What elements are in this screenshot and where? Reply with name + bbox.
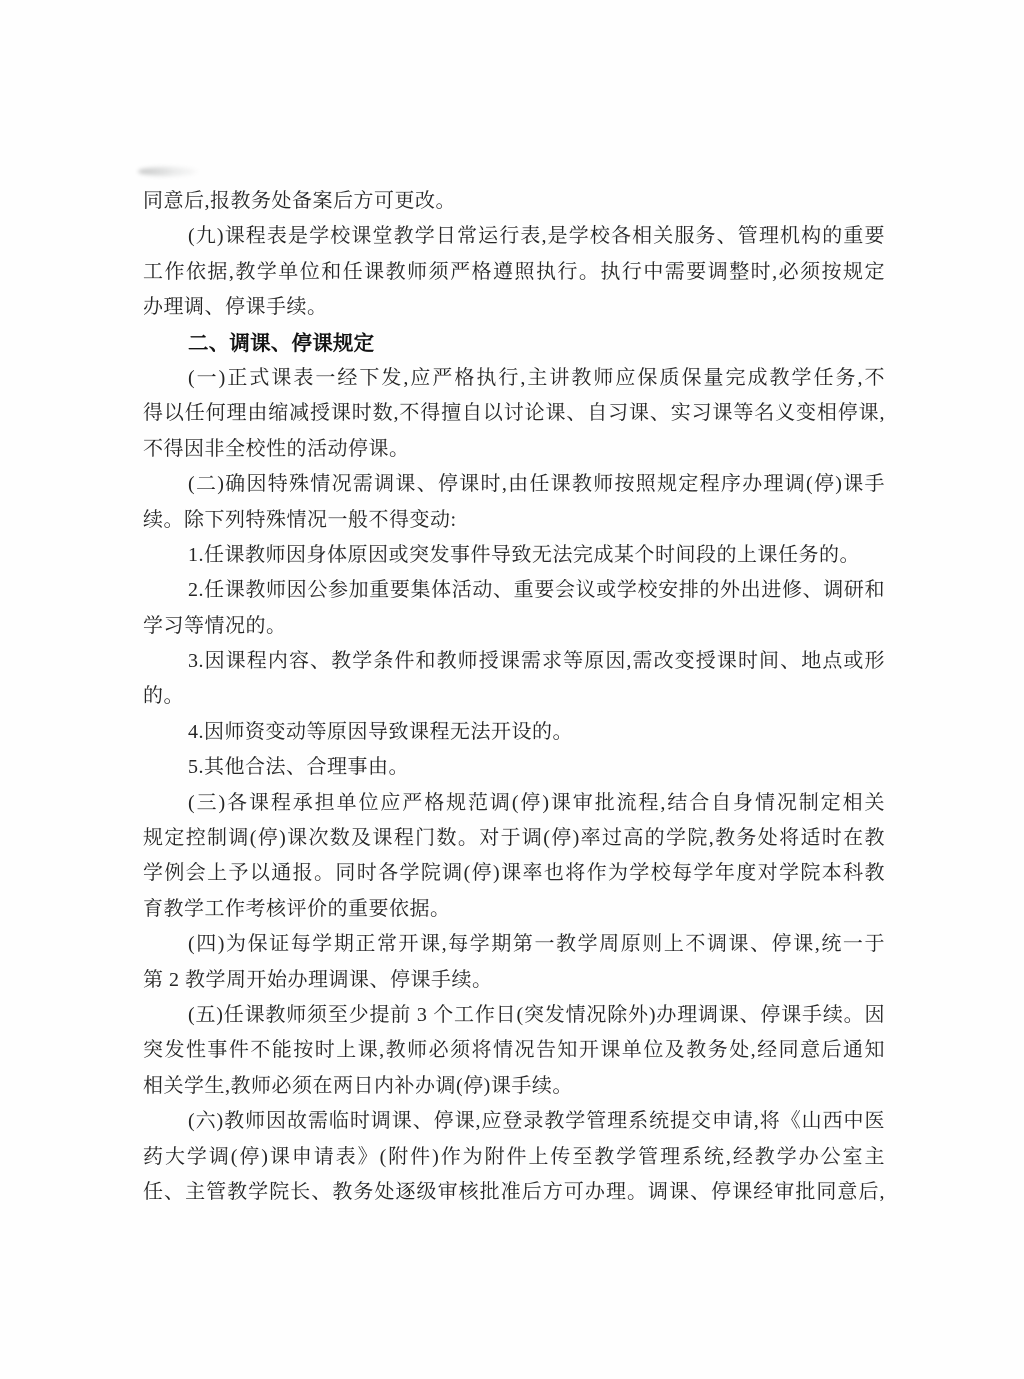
text-line: 学习等情况的。 <box>143 609 885 644</box>
text-line: (四)为保证每学期正常开课,每学期第一教学周原则上不调课、停课,统一于 <box>143 927 885 962</box>
text-line: 5.其他合法、合理事由。 <box>143 750 885 785</box>
text-line: 规定控制调(停)课次数及课程门数。对于调(停)率过高的学院,教务处将适时在教 <box>143 821 885 856</box>
list-item-4: 4.因师资变动等原因导致课程无法开设的。 <box>143 715 885 750</box>
document-page: 同意后,报教务处备案后方可更改。 (九)课程表是学校课堂教学日常运行表,是学校各… <box>0 0 1024 1379</box>
paragraph-continuation: 同意后,报教务处备案后方可更改。 <box>143 184 885 219</box>
text-line: 药大学调(停)课申请表》(附件)作为附件上传至教学管理系统,经教学办公室主 <box>143 1140 885 1175</box>
text-line: 续。除下列特殊情况一般不得变动: <box>143 503 885 538</box>
paragraph-item-9: (九)课程表是学校课堂教学日常运行表,是学校各相关服务、管理机构的重要 工作依据… <box>143 219 885 325</box>
document-text-block: 同意后,报教务处备案后方可更改。 (九)课程表是学校课堂教学日常运行表,是学校各… <box>143 184 885 1210</box>
text-line: 学例会上予以通报。同时各学院调(停)课率也将作为学校每学年度对学院本科教 <box>143 856 885 891</box>
text-line: 的。 <box>143 679 885 714</box>
text-line: 4.因师资变动等原因导致课程无法开设的。 <box>143 715 885 750</box>
list-item-1: 1.任课教师因身体原因或突发事件导致无法完成某个时间段的上课任务的。 <box>143 538 885 573</box>
list-item-2: 2.任课教师因公参加重要集体活动、重要会议或学校安排的外出进修、调研和 学习等情… <box>143 573 885 644</box>
paragraph-item-3: (三)各课程承担单位应严格规范调(停)课审批流程,结合自身情况制定相关 规定控制… <box>143 786 885 928</box>
text-line: 不得因非全校性的活动停课。 <box>143 432 885 467</box>
text-line: 育教学工作考核评价的重要依据。 <box>143 892 885 927</box>
paragraph-item-6: (六)教师因故需临时调课、停课,应登录教学管理系统提交申请,将《山西中医 药大学… <box>143 1104 885 1210</box>
paragraph-item-2: (二)确因特殊情况需调课、停课时,由任课教师按照规定程序办理调(停)课手 续。除… <box>143 467 885 538</box>
section-heading-text: 二、调课、停课规定 <box>143 326 885 361</box>
section-heading: 二、调课、停课规定 <box>143 326 885 361</box>
text-line: (六)教师因故需临时调课、停课,应登录教学管理系统提交申请,将《山西中医 <box>143 1104 885 1139</box>
text-line: (九)课程表是学校课堂教学日常运行表,是学校各相关服务、管理机构的重要 <box>143 219 885 254</box>
text-line: 2.任课教师因公参加重要集体活动、重要会议或学校安排的外出进修、调研和 <box>143 573 885 608</box>
paragraph-item-4: (四)为保证每学期正常开课,每学期第一教学周原则上不调课、停课,统一于 第 2 … <box>143 927 885 998</box>
text-line: (二)确因特殊情况需调课、停课时,由任课教师按照规定程序办理调(停)课手 <box>143 467 885 502</box>
text-line: 突发性事件不能按时上课,教师必须将情况告知开课单位及教务处,经同意后通知 <box>143 1033 885 1068</box>
text-line: 3.因课程内容、教学条件和教师授课需求等原因,需改变授课时间、地点或形式 <box>143 644 885 679</box>
text-line: (三)各课程承担单位应严格规范调(停)课审批流程,结合自身情况制定相关 <box>143 786 885 821</box>
text-line: 第 2 教学周开始办理调课、停课手续。 <box>143 963 885 998</box>
list-item-3: 3.因课程内容、教学条件和教师授课需求等原因,需改变授课时间、地点或形式 的。 <box>143 644 885 715</box>
text-line: (一)正式课表一经下发,应严格执行,主讲教师应保质保量完成教学任务,不 <box>143 361 885 396</box>
text-line: 得以任何理由缩减授课时数,不得擅自以讨论课、自习课、实习课等名义变相停课, <box>143 396 885 431</box>
list-item-5: 5.其他合法、合理事由。 <box>143 750 885 785</box>
text-line: 相关学生,教师必须在两日内补办调(停)课手续。 <box>143 1069 885 1104</box>
text-line: 办理调、停课手续。 <box>143 290 885 325</box>
text-line: 任、主管教学院长、教务处逐级审核批准后方可办理。调课、停课经审批同意后,由 <box>143 1175 885 1210</box>
text-line: 工作依据,教学单位和任课教师须严格遵照执行。执行中需要调整时,必须按规定 <box>143 255 885 290</box>
text-line: 1.任课教师因身体原因或突发事件导致无法完成某个时间段的上课任务的。 <box>143 538 885 573</box>
text-line: 同意后,报教务处备案后方可更改。 <box>143 184 885 219</box>
scan-smudge-artifact <box>138 167 198 176</box>
paragraph-item-1: (一)正式课表一经下发,应严格执行,主讲教师应保质保量完成教学任务,不 得以任何… <box>143 361 885 467</box>
text-line: (五)任课教师须至少提前 3 个工作日(突发情况除外)办理调课、停课手续。因 <box>143 998 885 1033</box>
paragraph-item-5: (五)任课教师须至少提前 3 个工作日(突发情况除外)办理调课、停课手续。因 突… <box>143 998 885 1104</box>
